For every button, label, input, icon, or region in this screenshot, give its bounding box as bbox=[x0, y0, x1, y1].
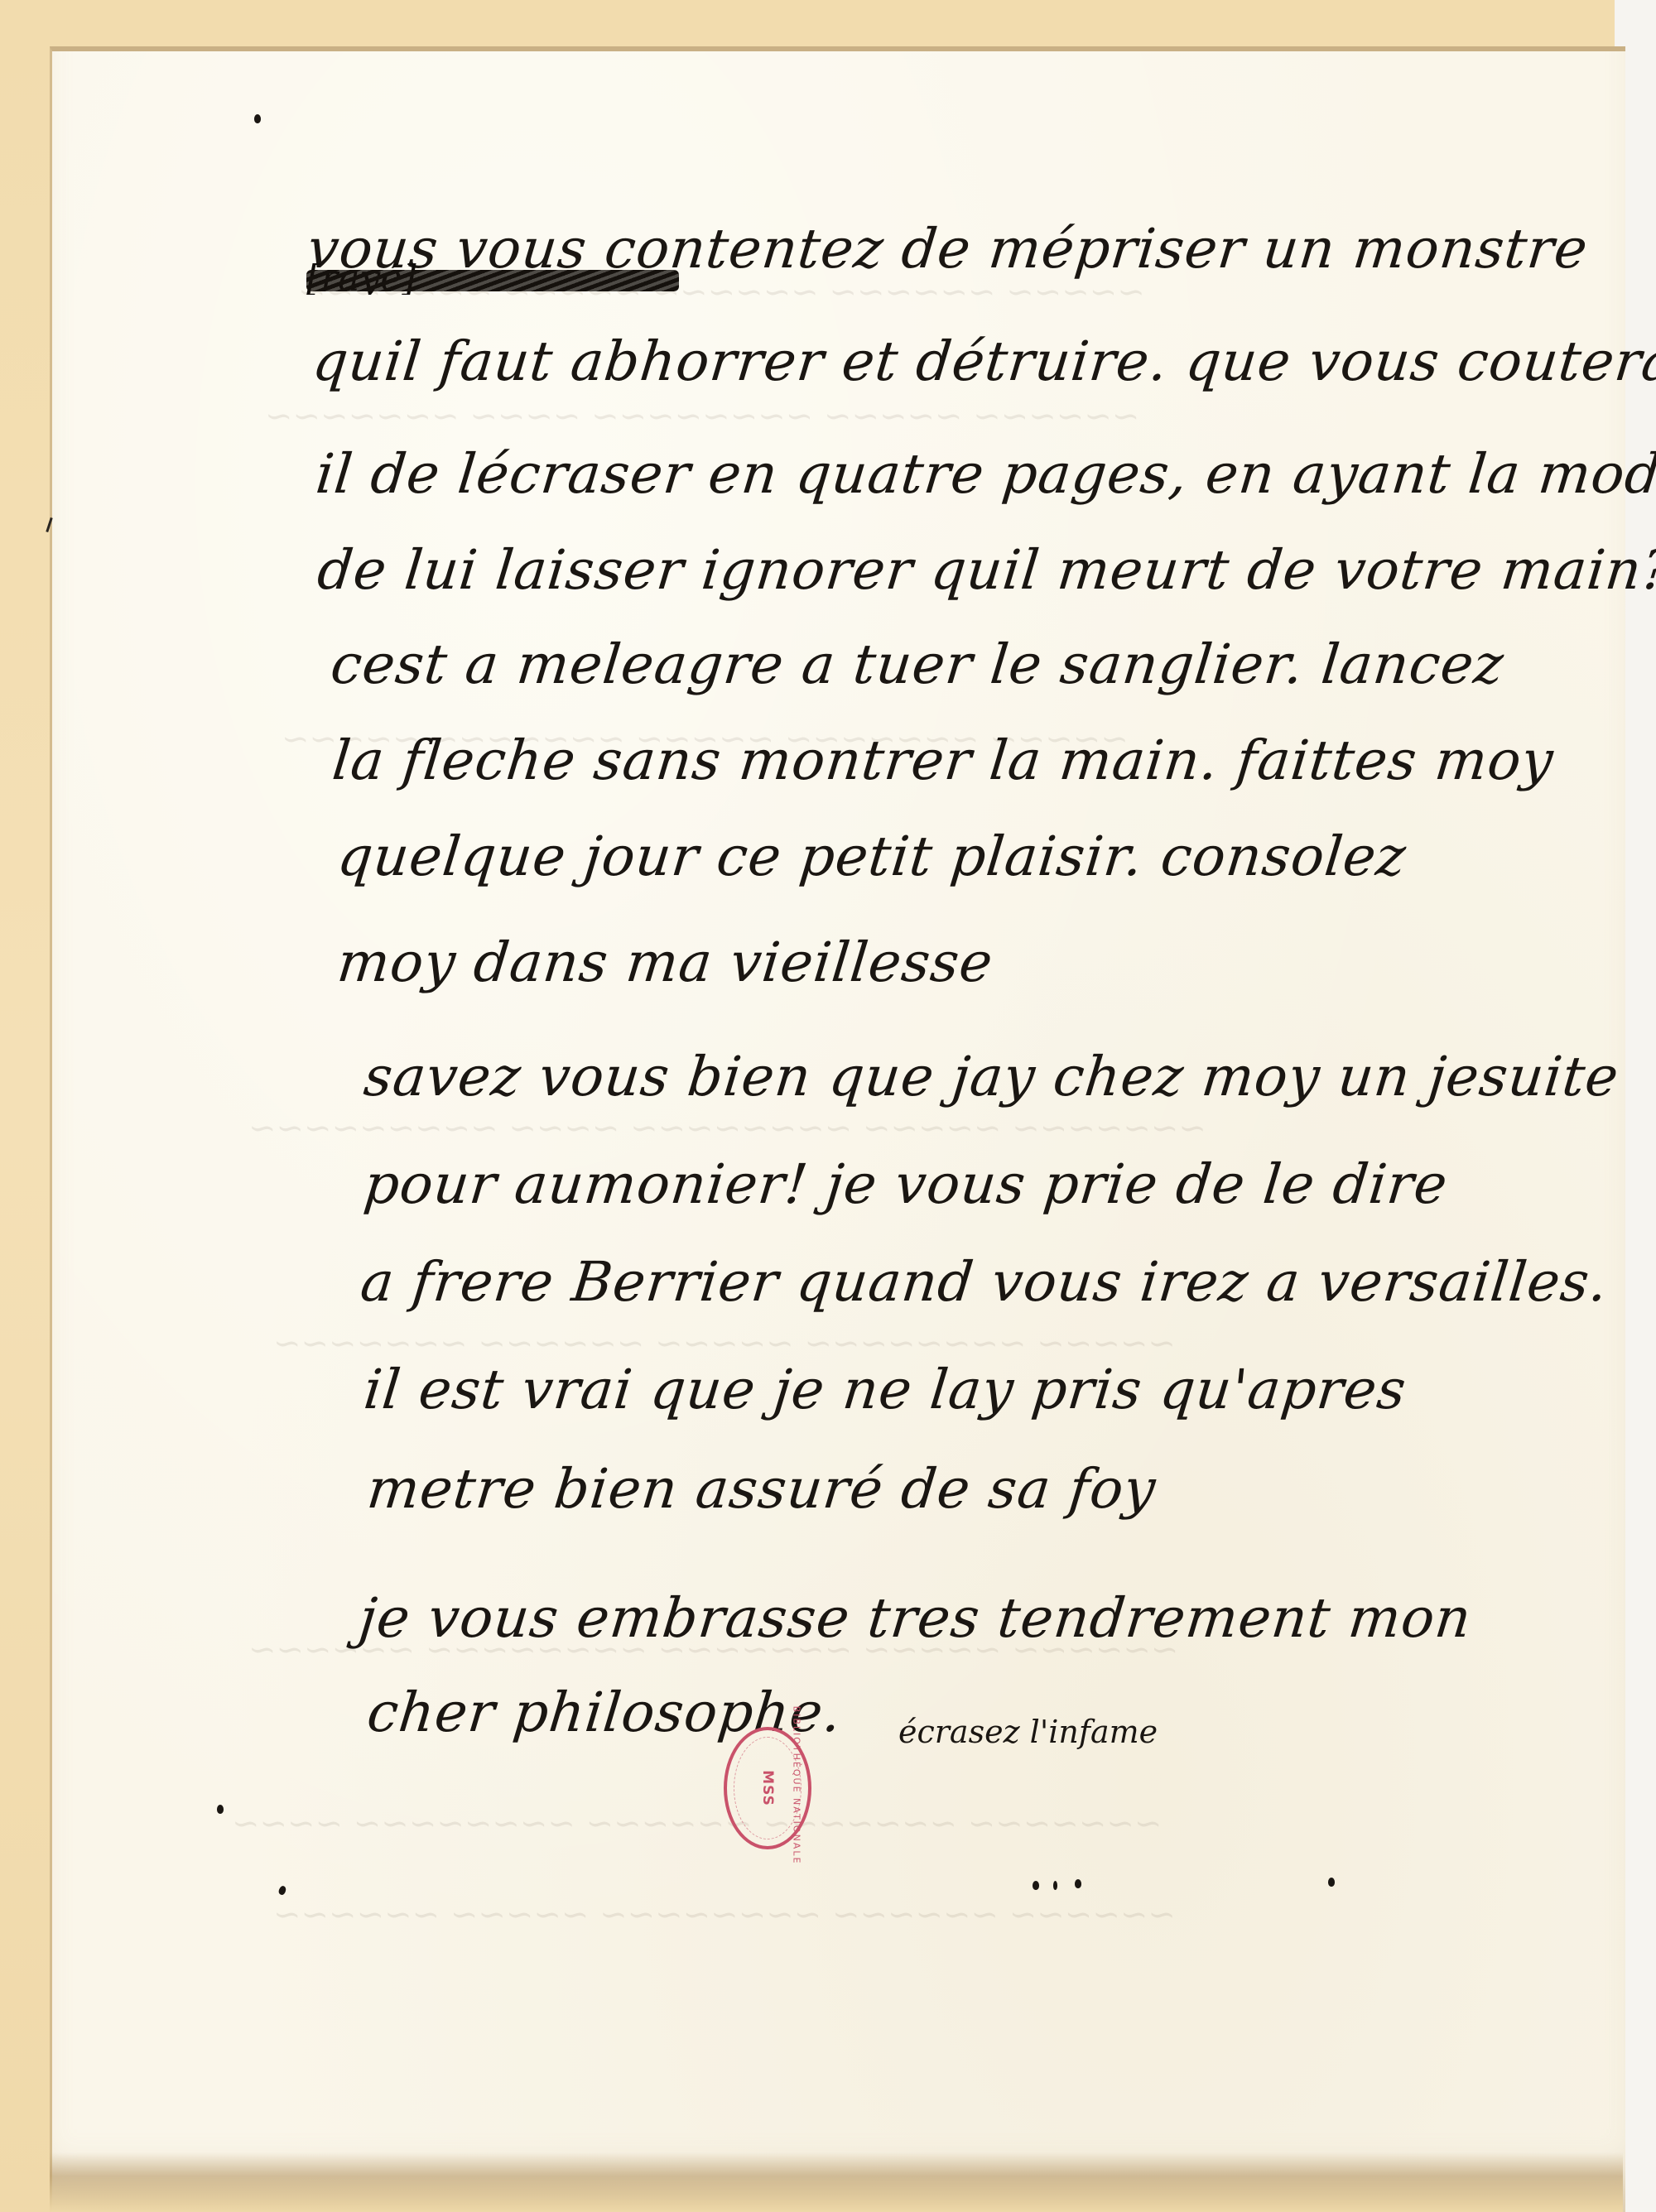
letter-line: il est vrai que je ne lay pris qu'apres bbox=[361, 1358, 1409, 1421]
letter-line: la fleche sans montrer la main. faittes … bbox=[330, 729, 1557, 792]
bleed-through-text: ~~~~~~ ~~~~~ ~~~~~~~~ ~~~~ ~~~~~~~ bbox=[265, 397, 1139, 435]
letter-line: de lui laisser ignorer quil meurt de vot… bbox=[315, 538, 1656, 602]
letter-line: moy dans ma vieillesse bbox=[335, 930, 996, 994]
letter-line: pour aumonier! je vous prie de le dire bbox=[361, 1152, 1451, 1216]
letter-line: quil faut abhorrer et détruire. que vous… bbox=[310, 329, 1656, 393]
bottom-edge-stain bbox=[50, 2152, 1623, 2212]
letter-line: metre bien assuré de sa foy bbox=[364, 1457, 1159, 1521]
library-stamp: BIBLIOTHÈQUE NATIONALE MSS bbox=[724, 1727, 811, 1849]
letter-line: cest a meleagre a tuer le sanglier. lanc… bbox=[328, 632, 1507, 696]
ink-spot bbox=[1053, 1881, 1057, 1890]
ink-spot bbox=[1075, 1879, 1081, 1888]
bleed-through-text: ~~~~~~~ ~~~~~~~ ~~~~~~ ~~~~~~~~ ~~~~ bbox=[232, 1805, 1162, 1843]
ink-spot bbox=[254, 114, 261, 123]
struck-through-word: [rayé] bbox=[306, 263, 704, 295]
ink-spot bbox=[1328, 1878, 1335, 1887]
letter-line: a frere Berrier quand vous irez a versai… bbox=[358, 1250, 1611, 1314]
letter-line: il de lécraser en quatre pages, en ayant… bbox=[313, 442, 1656, 506]
stamp-center-text: MSS bbox=[759, 1770, 776, 1806]
letter-line: savez vous bien que jay chez moy un jesu… bbox=[361, 1045, 1622, 1108]
letter-line: je vous embrasse tres tendrement mon bbox=[356, 1586, 1475, 1650]
stamp-ring-text: BIBLIOTHÈQUE NATIONALE bbox=[791, 1706, 802, 1865]
letter-line: quelque jour ce petit plaisir. consolez bbox=[335, 825, 1409, 888]
signature-motto: écrasez l'infame bbox=[898, 1714, 1158, 1750]
ink-spot bbox=[1033, 1881, 1039, 1890]
bleed-through-text: ~~~~~~~ ~~~~~ ~~~~~~~~ ~~~~ ~~~~~~~~~ bbox=[248, 1109, 1206, 1147]
bleed-through-text: ~~~~~~ ~~~~~~ ~~~~~~~~ ~~~~~ ~~~~~~ bbox=[273, 1896, 1176, 1934]
ink-spot bbox=[217, 1805, 224, 1814]
